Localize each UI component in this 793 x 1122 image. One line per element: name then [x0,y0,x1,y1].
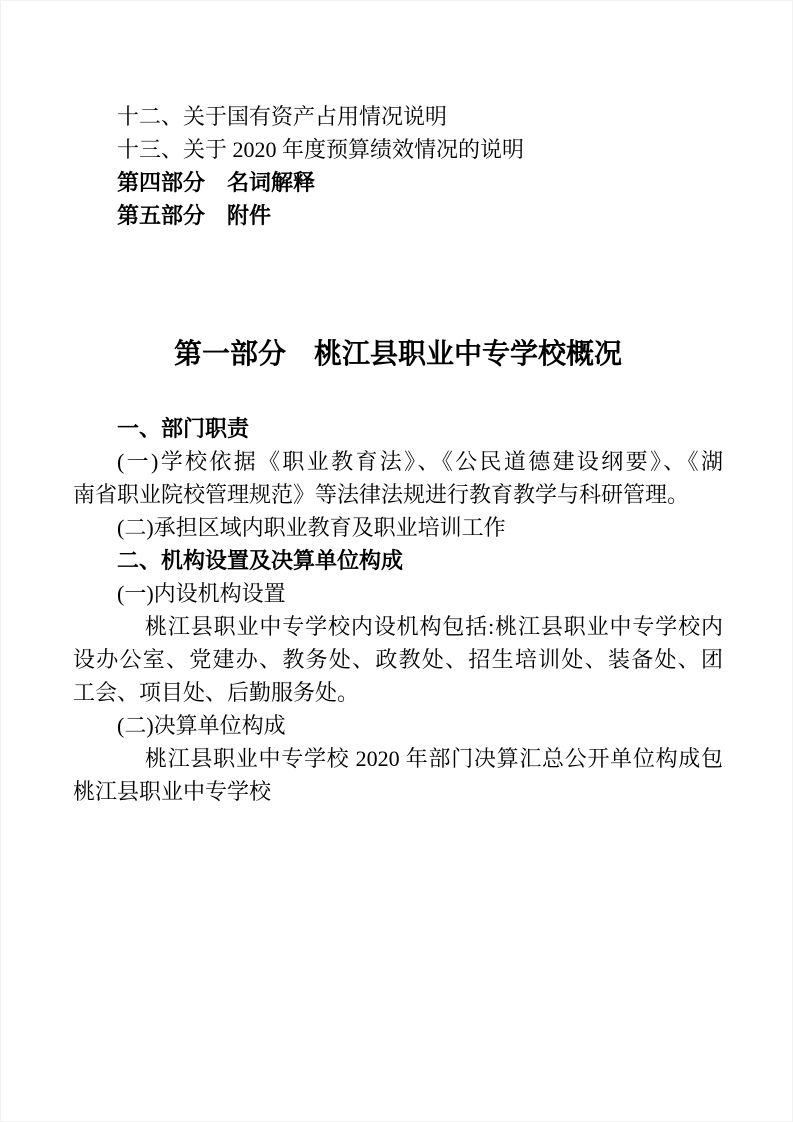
section-title: 第一部分 桃江县职业中专学校概况 [73,334,723,374]
para-unit-composition-line-1: 桃江县职业中专学校 2020 年部门决算汇总公开单位构成包括: [73,742,723,775]
heading-organization-setup: 二、机构设置及决算单位构成 [73,544,723,577]
para-duties-line-2: 南省职业院校管理规范》等法律法规进行教育教学与科研管理。 [73,478,723,511]
heading-department-duties: 一、部门职责 [73,412,723,445]
para-internal-org-line-3: 工会、项目处、后勤服务处。 [73,676,723,709]
document-page: 十二、关于国有资产占用情况说明 十三、关于 2020 年度预算绩效情况的说明 第… [0,0,793,1122]
para-duties-item-2: (二)承担区域内职业教育及职业培训工作 [73,511,723,544]
body-block: 一、部门职责 (一)学校依据《职业教育法》、《公民道德建设纲要》、《湖 南省职业… [73,412,723,808]
toc-item-13: 十三、关于 2020 年度预算绩效情况的说明 [73,133,723,166]
para-internal-org-line-2: 设办公室、党建办、教务处、政教处、招生培训处、装备处、团委、 [73,643,723,676]
toc-block: 十二、关于国有资产占用情况说明 十三、关于 2020 年度预算绩效情况的说明 第… [73,0,723,232]
toc-part-5-heading: 第五部分 附件 [73,199,723,232]
para-internal-org-line-1: 桃江县职业中专学校内设机构包括:桃江县职业中专学校内 [73,610,723,643]
toc-item-12: 十二、关于国有资产占用情况说明 [73,100,723,133]
toc-part-4-heading: 第四部分 名词解释 [73,166,723,199]
subheading-internal-org: (一)内设机构设置 [73,577,723,610]
para-unit-composition-line-2: 桃江县职业中专学校 [73,775,723,808]
subheading-unit-composition: (二)决算单位构成 [73,709,723,742]
para-duties-line-1: (一)学校依据《职业教育法》、《公民道德建设纲要》、《湖 [73,445,723,478]
document-content: 十二、关于国有资产占用情况说明 十三、关于 2020 年度预算绩效情况的说明 第… [73,0,723,808]
